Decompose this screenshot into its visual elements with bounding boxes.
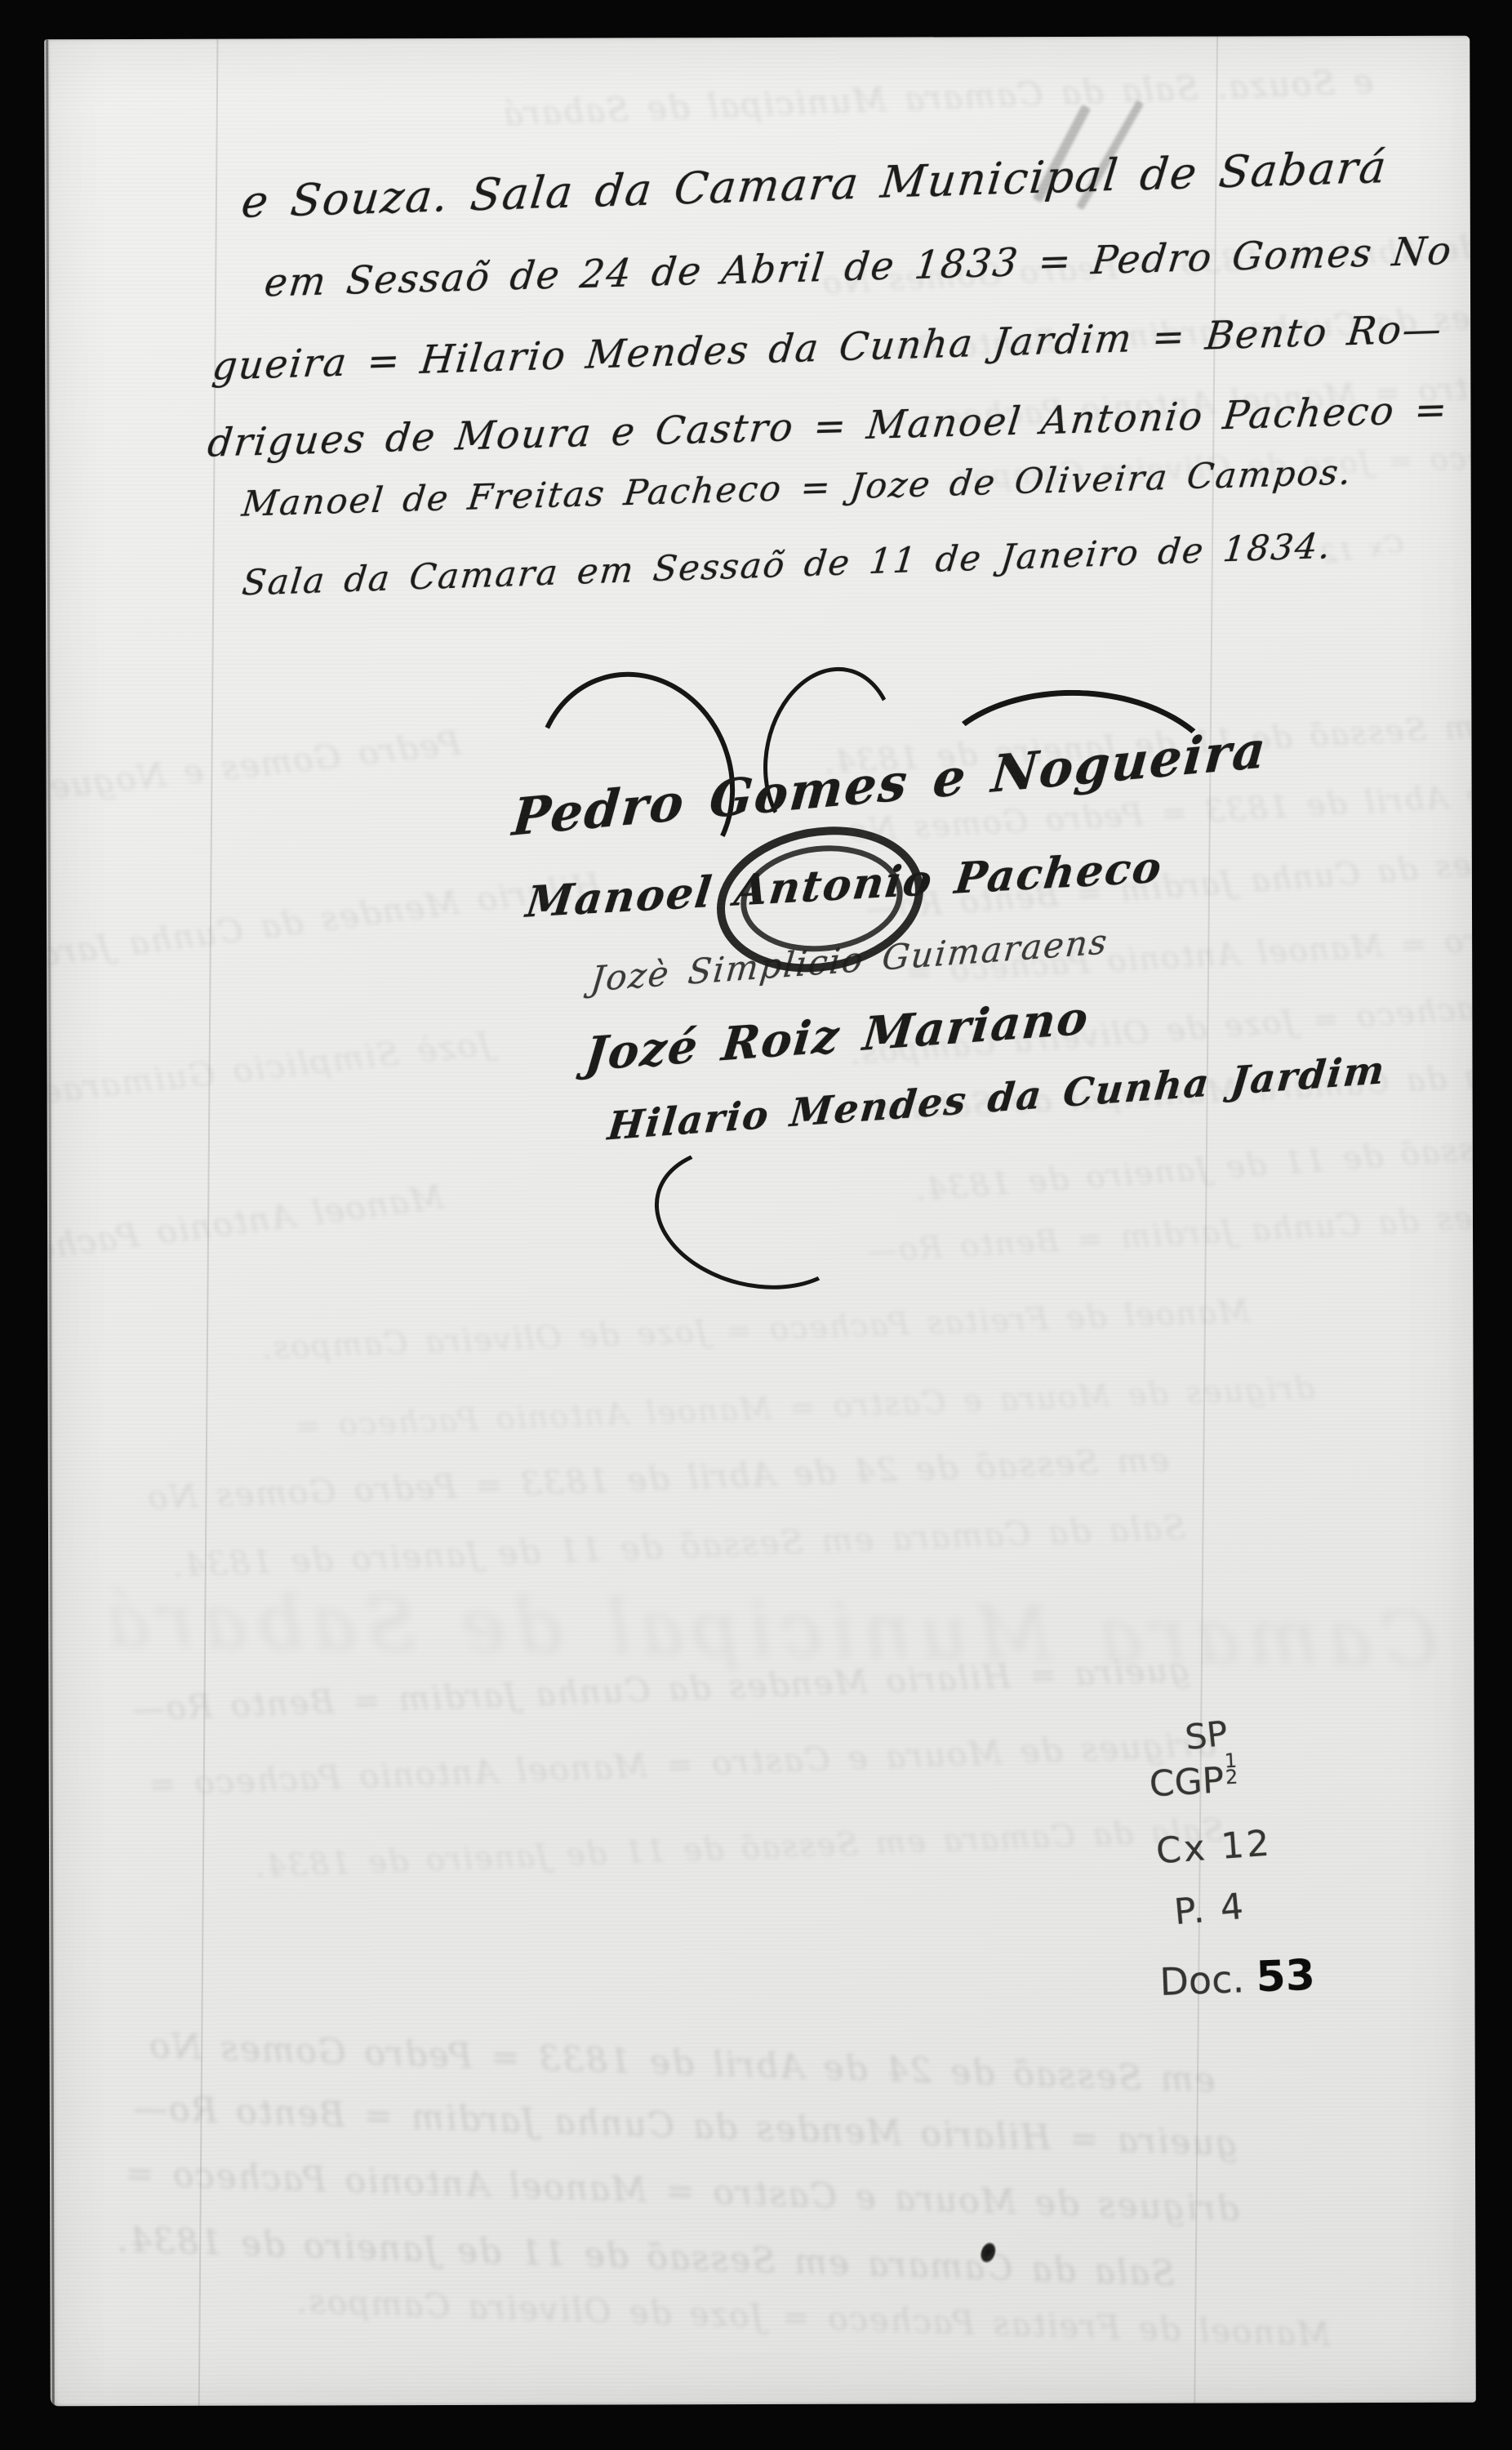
bleedthrough-line: Sala da Camara em Sessaõ de 11 de Janeir… (171, 1509, 1187, 1585)
bleedthrough-line: drigues de Moura e Castro = Manoel Anton… (292, 1370, 1315, 1444)
bleedthrough-line: Manoel Antonio Pacheco (44, 1178, 446, 1272)
fold-line-left (198, 36, 218, 2407)
annotation-doc-number: 53 (1255, 1951, 1316, 2002)
bleedthrough-line: em Sessaõ de 24 de Abril de 1833 = Pedro… (147, 2025, 1216, 2100)
bleedthrough-line: e Souza. Sala da Camara Municipal de Sab… (501, 63, 1374, 133)
signature-manoel-antonio-pacheco: Manoel Antonio Pacheco (523, 842, 1165, 927)
page-edge (46, 39, 55, 2406)
bleedthrough-line: Sala da Camara em Sessaõ de 11 de Janeir… (115, 2219, 1176, 2293)
body-line-5: Manoel de Freitas Pacheco = Joze de Oliv… (240, 452, 1354, 524)
fold-line-right (1194, 36, 1218, 2407)
annotation-cgp-fraction-bottom: 2 (1225, 1769, 1238, 1786)
bleedthrough-line: gueira = Hilario Mendes da Cunha Jardim … (864, 1178, 1476, 1269)
annotation-doc-label: Doc. (1159, 1957, 1245, 2004)
annotation-doc-53: Doc. 53 (1158, 1951, 1316, 2006)
annotation-p-4: P. 4 (1172, 1886, 1247, 1934)
bleedthrough-watermark: e Souza. Sala da Camara Municipal de Sab… (97, 1576, 1476, 1695)
annotation-sp: SP (1183, 1713, 1230, 1757)
bleedthrough-line: gueira = Hilario Mendes da Cunha Jardim … (131, 2087, 1238, 2163)
bleedthrough-line: Hilario Mendes da Cunha Jardim (44, 866, 603, 980)
body-line-2: em Sessaõ de 24 de Abril de 1833 = Pedro… (262, 229, 1455, 306)
signature-flourish (639, 1126, 870, 1310)
bleedthrough-line: Manoel de Freitas Pacheco = Joze de Oliv… (295, 2283, 1331, 2354)
bleedthrough-line: gueira = Hilario Mendes da Cunha Jardim … (130, 1651, 1190, 1729)
annotation-cx-12: Cx 12 (1154, 1822, 1273, 1872)
bleedthrough-line: Manoel de Freitas Pacheco = Joze de Oliv… (260, 1293, 1251, 1365)
signature-pedro-gomes-nogueira: Pedro Gomes e Nogueira (510, 719, 1270, 848)
document-scan: e Souza. Sala da Camara Municipal de Sab… (0, 0, 1512, 2450)
bleedthrough-line: Jozè Simplicio Guimaraens (44, 1025, 493, 1116)
bleedthrough-line: drigues de Moura e Castro = Manoel Anton… (123, 2153, 1240, 2229)
annotation-cgp-label: CGP (1148, 1760, 1225, 1806)
ink-mark (977, 2240, 998, 2265)
bleedthrough-line: Sala da Camara em Sessaõ de 11 de Janeir… (253, 1812, 1225, 1885)
manuscript-page: e Souza. Sala da Camara Municipal de Sab… (44, 36, 1476, 2407)
bleedthrough-line: em Sessaõ de 24 de Abril de 1833 = Pedro… (145, 1441, 1169, 1517)
signature-joze-simplicio-guimaraens: Jozè Simplicio Guimaraens (589, 921, 1110, 999)
body-line-6: Sala da Camara em Sessaõ de 11 de Janeir… (240, 526, 1334, 604)
body-line-3: gueira = Hilario Mendes da Cunha Jardim … (210, 307, 1445, 390)
bleedthrough-line: Pedro Gomes e Nogueira (44, 724, 463, 812)
body-line-1: e Souza. Sala da Camara Municipal de Sab… (239, 141, 1390, 228)
annotation-cgp: CGP12 (1148, 1759, 1239, 1806)
bleedthrough-line: drigues de Moura e Castro = Manoel Anton… (146, 1726, 1216, 1804)
signature-joze-roiz-mariano: Jozé Roiz Mariano (583, 991, 1092, 1081)
